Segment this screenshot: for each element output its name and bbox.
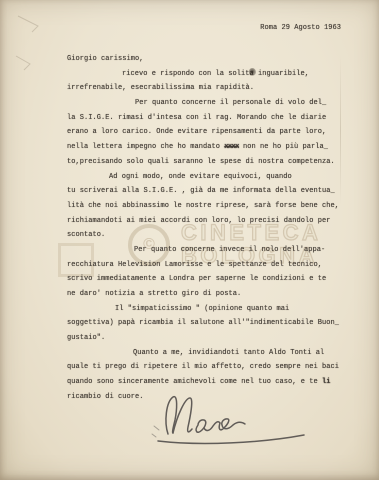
letter-line: erano a loro carico. Onde evitare ripens… xyxy=(67,125,341,140)
letter-body: Giorgio carissimo, ricevo e rispondo con… xyxy=(67,52,341,405)
letter-line: Per quanto concerne il personale di volo… xyxy=(67,96,341,111)
letter-line: lità che noi abbinassimo le nostre ripre… xyxy=(67,199,341,214)
typed-over-correction: li xyxy=(322,378,331,386)
letter-line: recchiatura Helevision Lamorisse e le sp… xyxy=(67,258,341,273)
letter-line: irrefrenabile, esecrabilissima mia rapid… xyxy=(67,81,341,96)
ink-blot xyxy=(249,68,256,76)
letter-date: Roma 29 Agosto 1963 xyxy=(260,24,341,32)
letter-scan-page: © CINETECA BOLOGNA Roma 29 Agosto 1963 G… xyxy=(0,0,379,480)
line-segment: quando sono sinceramente amichevoli come… xyxy=(67,378,322,386)
letter-line: scontato. xyxy=(67,228,341,243)
letter-line: nella lettera impegno che ho mandato xxx… xyxy=(67,140,341,155)
letter-line: tu scriverai alla S.I.G.E. , già da me i… xyxy=(67,184,341,199)
pencil-marks xyxy=(8,6,58,76)
letter-line: ne daro' notizia a stretto giro di posta… xyxy=(67,287,341,302)
letter-line: to,precisando solo quali saranno le spes… xyxy=(67,155,341,170)
letter-line: soggettiva) papà ricambia il salutone al… xyxy=(67,316,341,331)
letter-line: quale ti prego di ripetere il mio affett… xyxy=(67,360,341,375)
line-segment: nella lettera impegno che ho mandato xyxy=(67,143,224,151)
letter-line: Il "simpaticissimo " (opinione quanto ma… xyxy=(67,302,341,317)
letter-line: scrivo immediatamente a Londra per saper… xyxy=(67,272,341,287)
letter-line: la S.I.G.E. rimasi d'intesa con il rag. … xyxy=(67,111,341,126)
letter-line: richiamandoti ai miei accordi con loro, … xyxy=(67,214,341,229)
letter-line: ricevo e rispondo con la solita inguarib… xyxy=(67,67,341,82)
letter-line: Per quanto concerne invece il nolo dell'… xyxy=(67,243,341,258)
letter-line: gustaio". xyxy=(67,331,341,346)
letter-line: Quanto a me, invidiandoti tanto Aldo Ton… xyxy=(67,346,341,361)
handwritten-signature xyxy=(146,388,326,450)
typed-over-correction: xxxx xyxy=(224,143,238,151)
line-segment: non ne ho più parla_ xyxy=(239,143,328,151)
letter-line: Ad ogni modo, onde evitare equivoci, qua… xyxy=(67,170,341,185)
salutation: Giorgio carissimo, xyxy=(67,52,341,67)
